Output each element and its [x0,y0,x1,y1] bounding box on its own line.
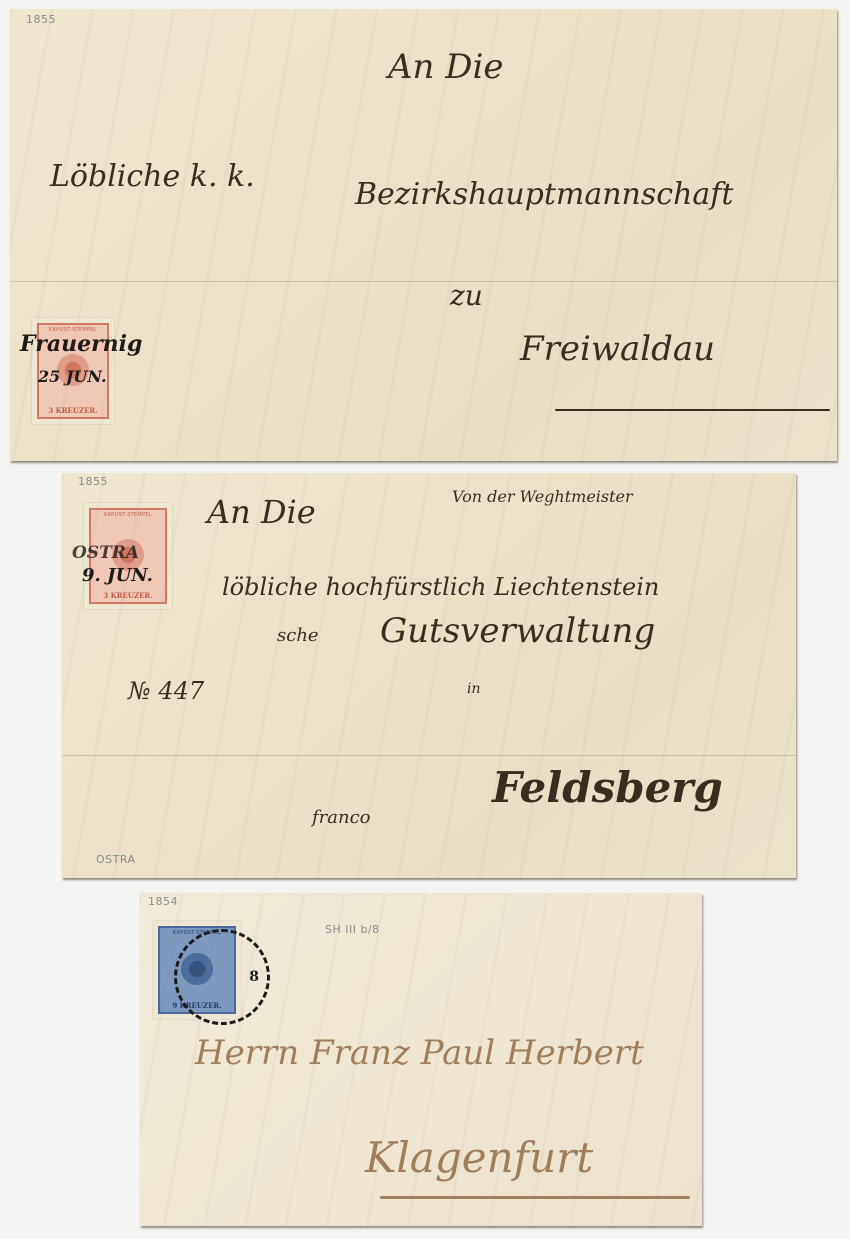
address-line-1: An Die [388,47,504,87]
fold-line [62,755,796,756]
cancel-date: 25 JUN. [38,367,107,386]
address-line-5: Freiwaldau [520,329,715,369]
address-line-4: zu [450,279,483,312]
cancel-date: 9. JUN. [82,565,153,586]
address-line-1: Herrn Franz Paul Herbert [195,1033,644,1073]
underline-flourish [555,409,830,411]
reference-number: № 447 [128,677,204,705]
address-line-2: löbliche hochfürstlich Liechtenstein [222,573,659,601]
pencil-note: OSTRA [96,853,136,866]
cancel-town: OSTRA [72,543,139,563]
pencil-year: 1854 [148,895,178,908]
stamp-value: 3 KREUZER. [48,406,97,415]
postal-cover-3: 1854 SH III b/8 KKPOST-STEMPEL 9 KREUZER… [140,893,702,1226]
fold-line [10,281,837,282]
stamp-top-text: KKPOST-STEMPEL [104,512,152,518]
address-line-3: Bezirkshauptmannschaft [355,177,733,212]
address-line-2: Klagenfurt [365,1133,593,1182]
postal-cover-1: 1855 KKPOST-STEMPEL 3 KREUZER. Frauernig… [10,9,837,461]
stamp-value: 3 KREUZER. [103,591,152,600]
pencil-year: 1855 [26,13,56,26]
underline-flourish [380,1196,690,1199]
franco-note: franco [312,807,371,828]
postal-cover-2: 1855 OSTRA KKPOST-STEMPEL 3 KREUZER. OST… [62,473,796,878]
circular-postmark: 8 [174,929,270,1025]
pencil-note: SH III b/8 [325,923,380,936]
address-top-note: Von der Weghtmeister [452,487,633,506]
postmark-date: 8 [249,969,259,985]
address-line-1: An Die [207,493,316,531]
address-line-4: in [467,681,481,697]
address-line-2: Löbliche k. k. [50,159,255,194]
address-line-3a: sche [277,625,319,646]
pencil-year: 1855 [78,475,108,488]
address-line-5: Feldsberg [492,763,723,812]
cancel-town: Frauernig [20,331,142,357]
address-line-3b: Gutsverwaltung [380,611,655,651]
